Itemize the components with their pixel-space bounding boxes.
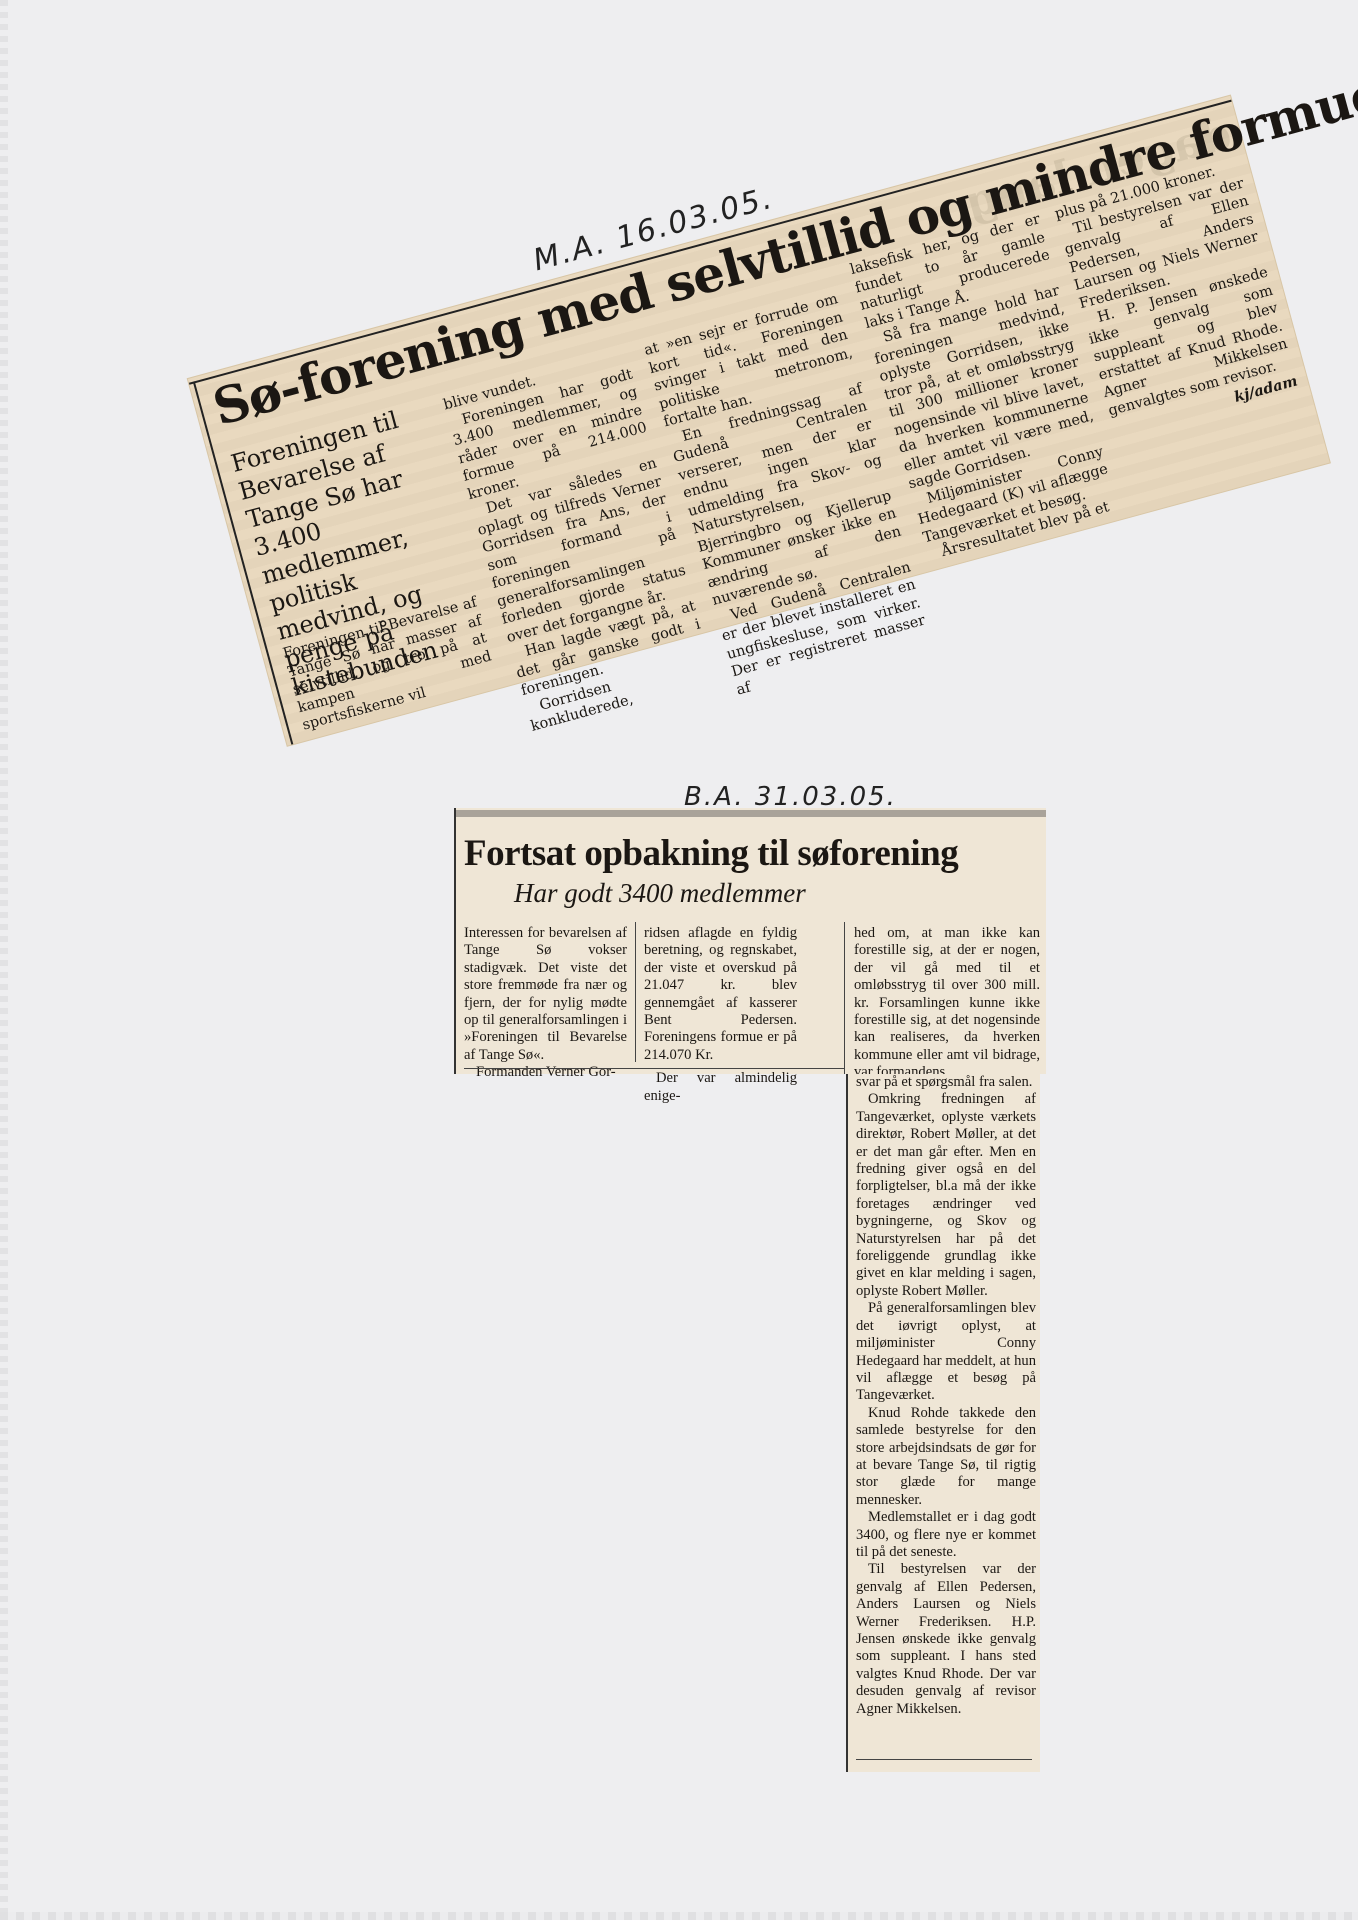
paragraph: Til bestyrelsen var der genvalg af Ellen… [856, 1561, 1036, 1718]
paragraph: svar på et spørgsmål fra salen. [856, 1074, 1036, 1091]
paragraph: Omkring fredningen af Tangeværket, oplys… [856, 1091, 1036, 1300]
column-bottom-rule [464, 1068, 844, 1069]
column-divider [844, 922, 845, 1074]
paragraph: På generalforsamlingen blev det iøvrigt … [856, 1300, 1036, 1404]
paragraph: Formanden Verner Gor- [464, 1064, 627, 1081]
article-column-4: plus på 21.000 kroner. Til bestyrelsen v… [1053, 156, 1300, 440]
scan-page-bottom-edge [0, 1912, 1358, 1920]
clipping-top-bar [454, 810, 1046, 817]
clipping-left-rule [846, 1074, 848, 1772]
clipping-continuation-column: svar på et spørgsmål fra salen. Omkring … [846, 1074, 1040, 1772]
article-subheadline: Har godt 3400 medlemmer [514, 878, 806, 909]
clipping-main-block: Fortsat opbakning til søforening Har god… [454, 808, 1046, 1074]
paragraph: Interessen for bevarelsen af Tange Sø vo… [464, 925, 627, 1064]
clipping-left-rule [454, 808, 456, 1074]
scan-page-edge [0, 0, 8, 1920]
paragraph: ridsen aflagde en fyldig beretning, og r… [644, 925, 797, 1064]
article-column-3-continued: svar på et spørgsmål fra salen. Omkring … [856, 1074, 1036, 1718]
article-column-1: Interessen for bevarelsen af Tange Sø vo… [464, 925, 627, 1082]
article-column-3: hed om, at man ikke kan forestille sig, … [854, 925, 1040, 1082]
article-headline: Fortsat opbakning til søforening [464, 832, 1044, 875]
paragraph: Knud Rohde takkede den samlede bestyrels… [856, 1405, 1036, 1509]
column-divider [635, 922, 636, 1062]
paragraph: Medlemstallet er i dag godt 3400, og fle… [856, 1509, 1036, 1561]
column-bottom-rule [856, 1759, 1032, 1760]
paragraph: Der var almindelig enige- [644, 1070, 797, 1105]
article-column-2: ridsen aflagde en fyldig beretning, og r… [644, 925, 797, 1105]
paragraph: hed om, at man ikke kan forestille sig, … [854, 925, 1040, 1082]
